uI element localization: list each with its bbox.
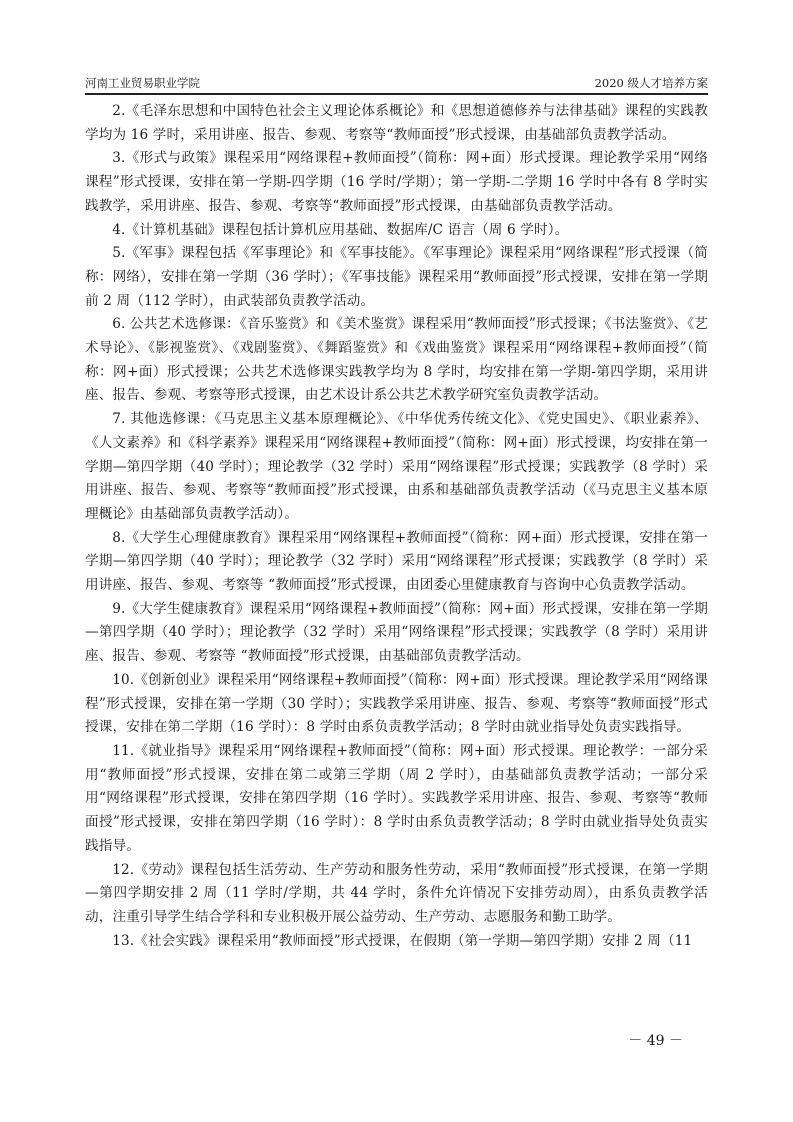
header-document-title: 2020 级人才培养方案 bbox=[595, 75, 708, 93]
paragraph-5: 5.《军事》课程包括《军事理论》和《军事技能》。《军事理论》课程采用“网络课程”… bbox=[85, 242, 708, 313]
paragraph-11: 11.《就业指导》课程采用“网络课程+教师面授”（简称：网+面）形式授课。理论教… bbox=[85, 740, 708, 859]
paragraph-3: 3.《形式与政策》课程采用“网络课程+教师面授”（简称：网+面）形式授课。理论教… bbox=[85, 147, 708, 218]
paragraph-8: 8.《大学生心理健康教育》课程采用“网络课程+教师面授”（简称：网+面）形式授课… bbox=[85, 527, 708, 598]
paragraph-2: 2.《毛泽东思想和中国特色社会主义理论体系概论》和《思想道德修养与法律基础》课程… bbox=[85, 100, 708, 147]
paragraph-12: 12.《劳动》课程包括生活劳动、生产劳动和服务性劳动，采用“教师面授”形式授课，… bbox=[85, 859, 708, 930]
paragraph-6: 6. 公共艺术选修课：《音乐鉴赏》和《美术鉴赏》课程采用“教师面授”形式授课；《… bbox=[85, 313, 708, 408]
paragraph-10: 10.《创新创业》课程采用“网络课程+教师面授”（简称：网+面）形式授课。理论教… bbox=[85, 669, 708, 740]
body-text: 2.《毛泽东思想和中国特色社会主义理论体系概论》和《思想道德修养与法律基础》课程… bbox=[85, 100, 708, 953]
paragraph-13: 13.《社会实践》课程采用“教师面授”形式授课，在假期（第一学期—第四学期）安排… bbox=[85, 930, 708, 954]
paragraph-9: 9.《大学生健康教育》课程采用“网络课程+教师面授”（简称：网+面）形式授课，安… bbox=[85, 598, 708, 669]
page-number: － 49 － bbox=[0, 1030, 793, 1050]
header-institution: 河南工业贸易职业学院 bbox=[85, 75, 200, 93]
paragraph-4: 4.《计算机基础》课程包括计算机应用基础、数据库/C 语言（周 6 学时）。 bbox=[85, 219, 708, 243]
page-header: 河南工业贸易职业学院 2020 级人才培养方案 bbox=[85, 74, 708, 95]
paragraph-7: 7. 其他选修课：《马克思主义基本原理概论》、《中华优秀传统文化》、《党史国史》… bbox=[85, 408, 708, 527]
